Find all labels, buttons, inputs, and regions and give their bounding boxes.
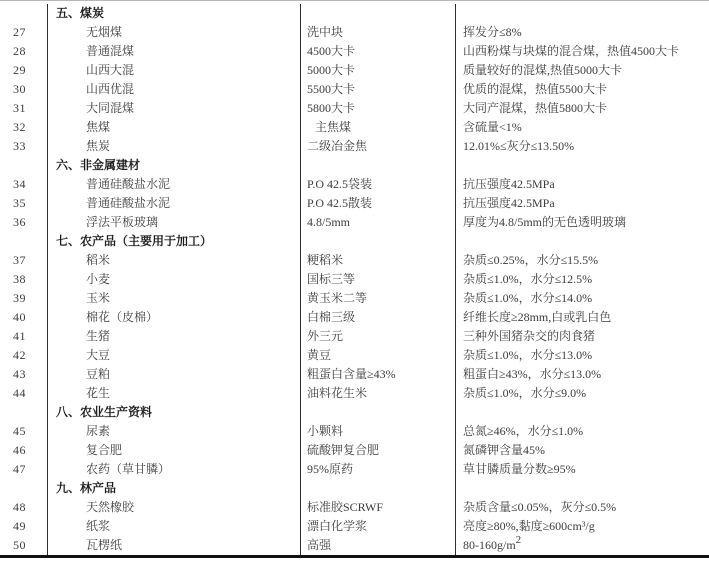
spec: 油料花生米 bbox=[300, 384, 455, 403]
spec: 粳稻米 bbox=[300, 251, 455, 270]
product-name: 尿素 bbox=[47, 422, 300, 441]
product-name: 玉米 bbox=[47, 289, 300, 308]
table-row: 36 浮法平板玻璃 4.8/5mm 厚度为4.8/5mm的无色透明玻璃 bbox=[0, 213, 709, 232]
table-row: 28 普通混煤 4500大卡 山西粉煤与块煤的混合煤，热值4500大卡 bbox=[0, 42, 709, 61]
spec: 5500大卡 bbox=[300, 80, 455, 99]
row-number: 44 bbox=[0, 384, 47, 403]
description: 亮度≥80%,黏度≥600cm³/g bbox=[455, 517, 709, 536]
row-number bbox=[0, 479, 47, 498]
row-number: 32 bbox=[0, 118, 47, 137]
product-name: 稻米 bbox=[47, 251, 300, 270]
row-number: 29 bbox=[0, 61, 47, 80]
row-number: 31 bbox=[0, 99, 47, 118]
description: 80-160g/m2 bbox=[455, 536, 709, 555]
row-number: 30 bbox=[0, 80, 47, 99]
section-title: 八、农业生产资料 bbox=[47, 403, 300, 422]
description: 杂质≤1.0%，水分≤14.0% bbox=[455, 289, 709, 308]
product-name: 大豆 bbox=[47, 346, 300, 365]
description: 杂质≤1.0%，水分≤12.5% bbox=[455, 270, 709, 289]
product-name: 山西大混 bbox=[47, 61, 300, 80]
section-row: 七、农产品（主要用于加工） bbox=[0, 232, 709, 251]
table-row: 41 生猪 外三元 三种外国猪杂交的肉食猪 bbox=[0, 327, 709, 346]
spec: 粗蛋白含量≥43% bbox=[300, 365, 455, 384]
row-number: 37 bbox=[0, 251, 47, 270]
spec bbox=[300, 156, 455, 175]
description: 优质的混煤，热值5500大卡 bbox=[455, 80, 709, 99]
description: 杂质≤1.0%，水分≤9.0% bbox=[455, 384, 709, 403]
product-name: 复合肥 bbox=[47, 441, 300, 460]
description: 三种外国猪杂交的肉食猪 bbox=[455, 327, 709, 346]
table-row: 35 普通硅酸盐水泥 P.O 42.5散装 抗压强度42.5MPa bbox=[0, 194, 709, 213]
product-name: 大同混煤 bbox=[47, 99, 300, 118]
row-number: 46 bbox=[0, 441, 47, 460]
description: 杂质含量≤0.05%，灰分≤0.5% bbox=[455, 498, 709, 517]
product-name: 普通混煤 bbox=[47, 42, 300, 61]
product-name: 农药（草甘膦） bbox=[47, 460, 300, 479]
section-title: 七、农产品（主要用于加工） bbox=[47, 232, 300, 251]
spec: 小颗料 bbox=[300, 422, 455, 441]
table-row: 47 农药（草甘膦） 95%原药 草甘膦质量分数≥95% bbox=[0, 460, 709, 479]
description: 含硫量<1% bbox=[455, 118, 709, 137]
table-row: 45 尿素 小颗料 总氮≥46%，水分≤1.0% bbox=[0, 422, 709, 441]
description bbox=[455, 403, 709, 422]
table-row: 50 瓦楞纸 高强 80-160g/m2 bbox=[0, 536, 709, 555]
table-row: 40 棉花（皮棉） 白棉三级 纤维长度≥28mm,白或乳白色 bbox=[0, 308, 709, 327]
spec: 5800大卡 bbox=[300, 99, 455, 118]
spec bbox=[300, 4, 455, 23]
table-row: 27 无烟煤 洗中块 挥发分≤8% bbox=[0, 23, 709, 42]
description bbox=[455, 4, 709, 23]
spec: 5000大卡 bbox=[300, 61, 455, 80]
superscript: 2 bbox=[516, 536, 522, 546]
row-number: 45 bbox=[0, 422, 47, 441]
table-row: 48 天然橡胶 标准胶SCRWF 杂质含量≤0.05%，灰分≤0.5% bbox=[0, 498, 709, 517]
spec bbox=[300, 403, 455, 422]
description bbox=[455, 479, 709, 498]
description: 草甘膦质量分数≥95% bbox=[455, 460, 709, 479]
spec: 标准胶SCRWF bbox=[300, 498, 455, 517]
description: 杂质≤1.0%，水分≤13.0% bbox=[455, 346, 709, 365]
table-row: 34 普通硅酸盐水泥 P.O 42.5袋装 抗压强度42.5MPa bbox=[0, 175, 709, 194]
description: 12.01%≤灰分≤13.50% bbox=[455, 137, 709, 156]
row-number bbox=[0, 403, 47, 422]
description: 质量较好的混煤,热值5000大卡 bbox=[455, 61, 709, 80]
section-row: 五、煤炭 bbox=[0, 4, 709, 23]
product-name: 焦炭 bbox=[47, 137, 300, 156]
product-name: 天然橡胶 bbox=[47, 498, 300, 517]
table-row: 32 焦煤 主焦煤 含硫量<1% bbox=[0, 118, 709, 137]
row-number: 41 bbox=[0, 327, 47, 346]
section-row: 八、农业生产资料 bbox=[0, 403, 709, 422]
row-number: 47 bbox=[0, 460, 47, 479]
section-row: 六、非金属建材 bbox=[0, 156, 709, 175]
row-number: 43 bbox=[0, 365, 47, 384]
description bbox=[455, 232, 709, 251]
commodity-table: 五、煤炭 27 无烟煤 洗中块 挥发分≤8% 28 普通混煤 4500大卡 山西… bbox=[0, 0, 709, 558]
table-row: 31 大同混煤 5800大卡 大同产混煤，热值5800大卡 bbox=[0, 99, 709, 118]
spec bbox=[300, 232, 455, 251]
spec: P.O 42.5散装 bbox=[300, 194, 455, 213]
table-row: 38 小麦 国标三等 杂质≤1.0%，水分≤12.5% bbox=[0, 270, 709, 289]
spec: P.O 42.5袋装 bbox=[300, 175, 455, 194]
description: 氮磷钾含量45% bbox=[455, 441, 709, 460]
row-number: 49 bbox=[0, 517, 47, 536]
spec bbox=[300, 479, 455, 498]
row-number bbox=[0, 4, 47, 23]
description: 总氮≥46%，水分≤1.0% bbox=[455, 422, 709, 441]
description: 纤维长度≥28mm,白或乳白色 bbox=[455, 308, 709, 327]
table-row: 49 纸浆 漂白化学浆 亮度≥80%,黏度≥600cm³/g bbox=[0, 517, 709, 536]
row-number: 28 bbox=[0, 42, 47, 61]
product-name: 焦煤 bbox=[47, 118, 300, 137]
product-name: 棉花（皮棉） bbox=[47, 308, 300, 327]
description: 山西粉煤与块煤的混合煤，热值4500大卡 bbox=[455, 42, 709, 61]
row-number bbox=[0, 232, 47, 251]
product-name: 小麦 bbox=[47, 270, 300, 289]
product-name: 普通硅酸盐水泥 bbox=[47, 175, 300, 194]
row-number: 48 bbox=[0, 498, 47, 517]
spec: 黄豆 bbox=[300, 346, 455, 365]
row-number bbox=[0, 156, 47, 175]
description-text: 80-160g/m bbox=[463, 538, 516, 552]
product-name: 无烟煤 bbox=[47, 23, 300, 42]
table-row: 37 稻米 粳稻米 杂质≤0.25%，水分≤15.5% bbox=[0, 251, 709, 270]
product-name: 豆粕 bbox=[47, 365, 300, 384]
spec: 漂白化学浆 bbox=[300, 517, 455, 536]
table-row: 44 花生 油料花生米 杂质≤1.0%，水分≤9.0% bbox=[0, 384, 709, 403]
spec: 4.8/5mm bbox=[300, 213, 455, 232]
description: 粗蛋白≥43%，水分≤13.0% bbox=[455, 365, 709, 384]
product-name: 山西优混 bbox=[47, 80, 300, 99]
section-title: 六、非金属建材 bbox=[47, 156, 300, 175]
row-number: 42 bbox=[0, 346, 47, 365]
product-name: 浮法平板玻璃 bbox=[47, 213, 300, 232]
description: 厚度为4.8/5mm的无色透明玻璃 bbox=[455, 213, 709, 232]
product-name: 生猪 bbox=[47, 327, 300, 346]
table-row: 29 山西大混 5000大卡 质量较好的混煤,热值5000大卡 bbox=[0, 61, 709, 80]
spec: 硫酸钾复合肥 bbox=[300, 441, 455, 460]
table-row: 42 大豆 黄豆 杂质≤1.0%，水分≤13.0% bbox=[0, 346, 709, 365]
table-row: 43 豆粕 粗蛋白含量≥43% 粗蛋白≥43%，水分≤13.0% bbox=[0, 365, 709, 384]
section-title: 九、林产品 bbox=[47, 479, 300, 498]
description: 杂质≤0.25%，水分≤15.5% bbox=[455, 251, 709, 270]
row-number: 50 bbox=[0, 536, 47, 555]
spec: 主焦煤 bbox=[300, 118, 455, 137]
description bbox=[455, 156, 709, 175]
spec: 黄玉米二等 bbox=[300, 289, 455, 308]
spec: 4500大卡 bbox=[300, 42, 455, 61]
row-number: 39 bbox=[0, 289, 47, 308]
table-row: 39 玉米 黄玉米二等 杂质≤1.0%，水分≤14.0% bbox=[0, 289, 709, 308]
description: 抗压强度42.5MPa bbox=[455, 175, 709, 194]
spec: 二级冶金焦 bbox=[300, 137, 455, 156]
table-row: 33 焦炭 二级冶金焦 12.01%≤灰分≤13.50% bbox=[0, 137, 709, 156]
product-name: 普通硅酸盐水泥 bbox=[47, 194, 300, 213]
row-number: 33 bbox=[0, 137, 47, 156]
description: 挥发分≤8% bbox=[455, 23, 709, 42]
row-number: 36 bbox=[0, 213, 47, 232]
spec: 洗中块 bbox=[300, 23, 455, 42]
document-page: 五、煤炭 27 无烟煤 洗中块 挥发分≤8% 28 普通混煤 4500大卡 山西… bbox=[0, 0, 709, 567]
row-number: 27 bbox=[0, 23, 47, 42]
spec: 外三元 bbox=[300, 327, 455, 346]
spec: 高强 bbox=[300, 536, 455, 555]
row-number: 38 bbox=[0, 270, 47, 289]
product-name: 纸浆 bbox=[47, 517, 300, 536]
section-title: 五、煤炭 bbox=[47, 4, 300, 23]
row-number: 40 bbox=[0, 308, 47, 327]
product-name: 花生 bbox=[47, 384, 300, 403]
row-number: 34 bbox=[0, 175, 47, 194]
spec: 国标三等 bbox=[300, 270, 455, 289]
description: 抗压强度42.5MPa bbox=[455, 194, 709, 213]
table-row: 30 山西优混 5500大卡 优质的混煤，热值5500大卡 bbox=[0, 80, 709, 99]
spec: 白棉三级 bbox=[300, 308, 455, 327]
section-row: 九、林产品 bbox=[0, 479, 709, 498]
spec: 95%原药 bbox=[300, 460, 455, 479]
description: 大同产混煤，热值5800大卡 bbox=[455, 99, 709, 118]
row-number: 35 bbox=[0, 194, 47, 213]
product-name: 瓦楞纸 bbox=[47, 536, 300, 555]
table-row: 46 复合肥 硫酸钾复合肥 氮磷钾含量45% bbox=[0, 441, 709, 460]
